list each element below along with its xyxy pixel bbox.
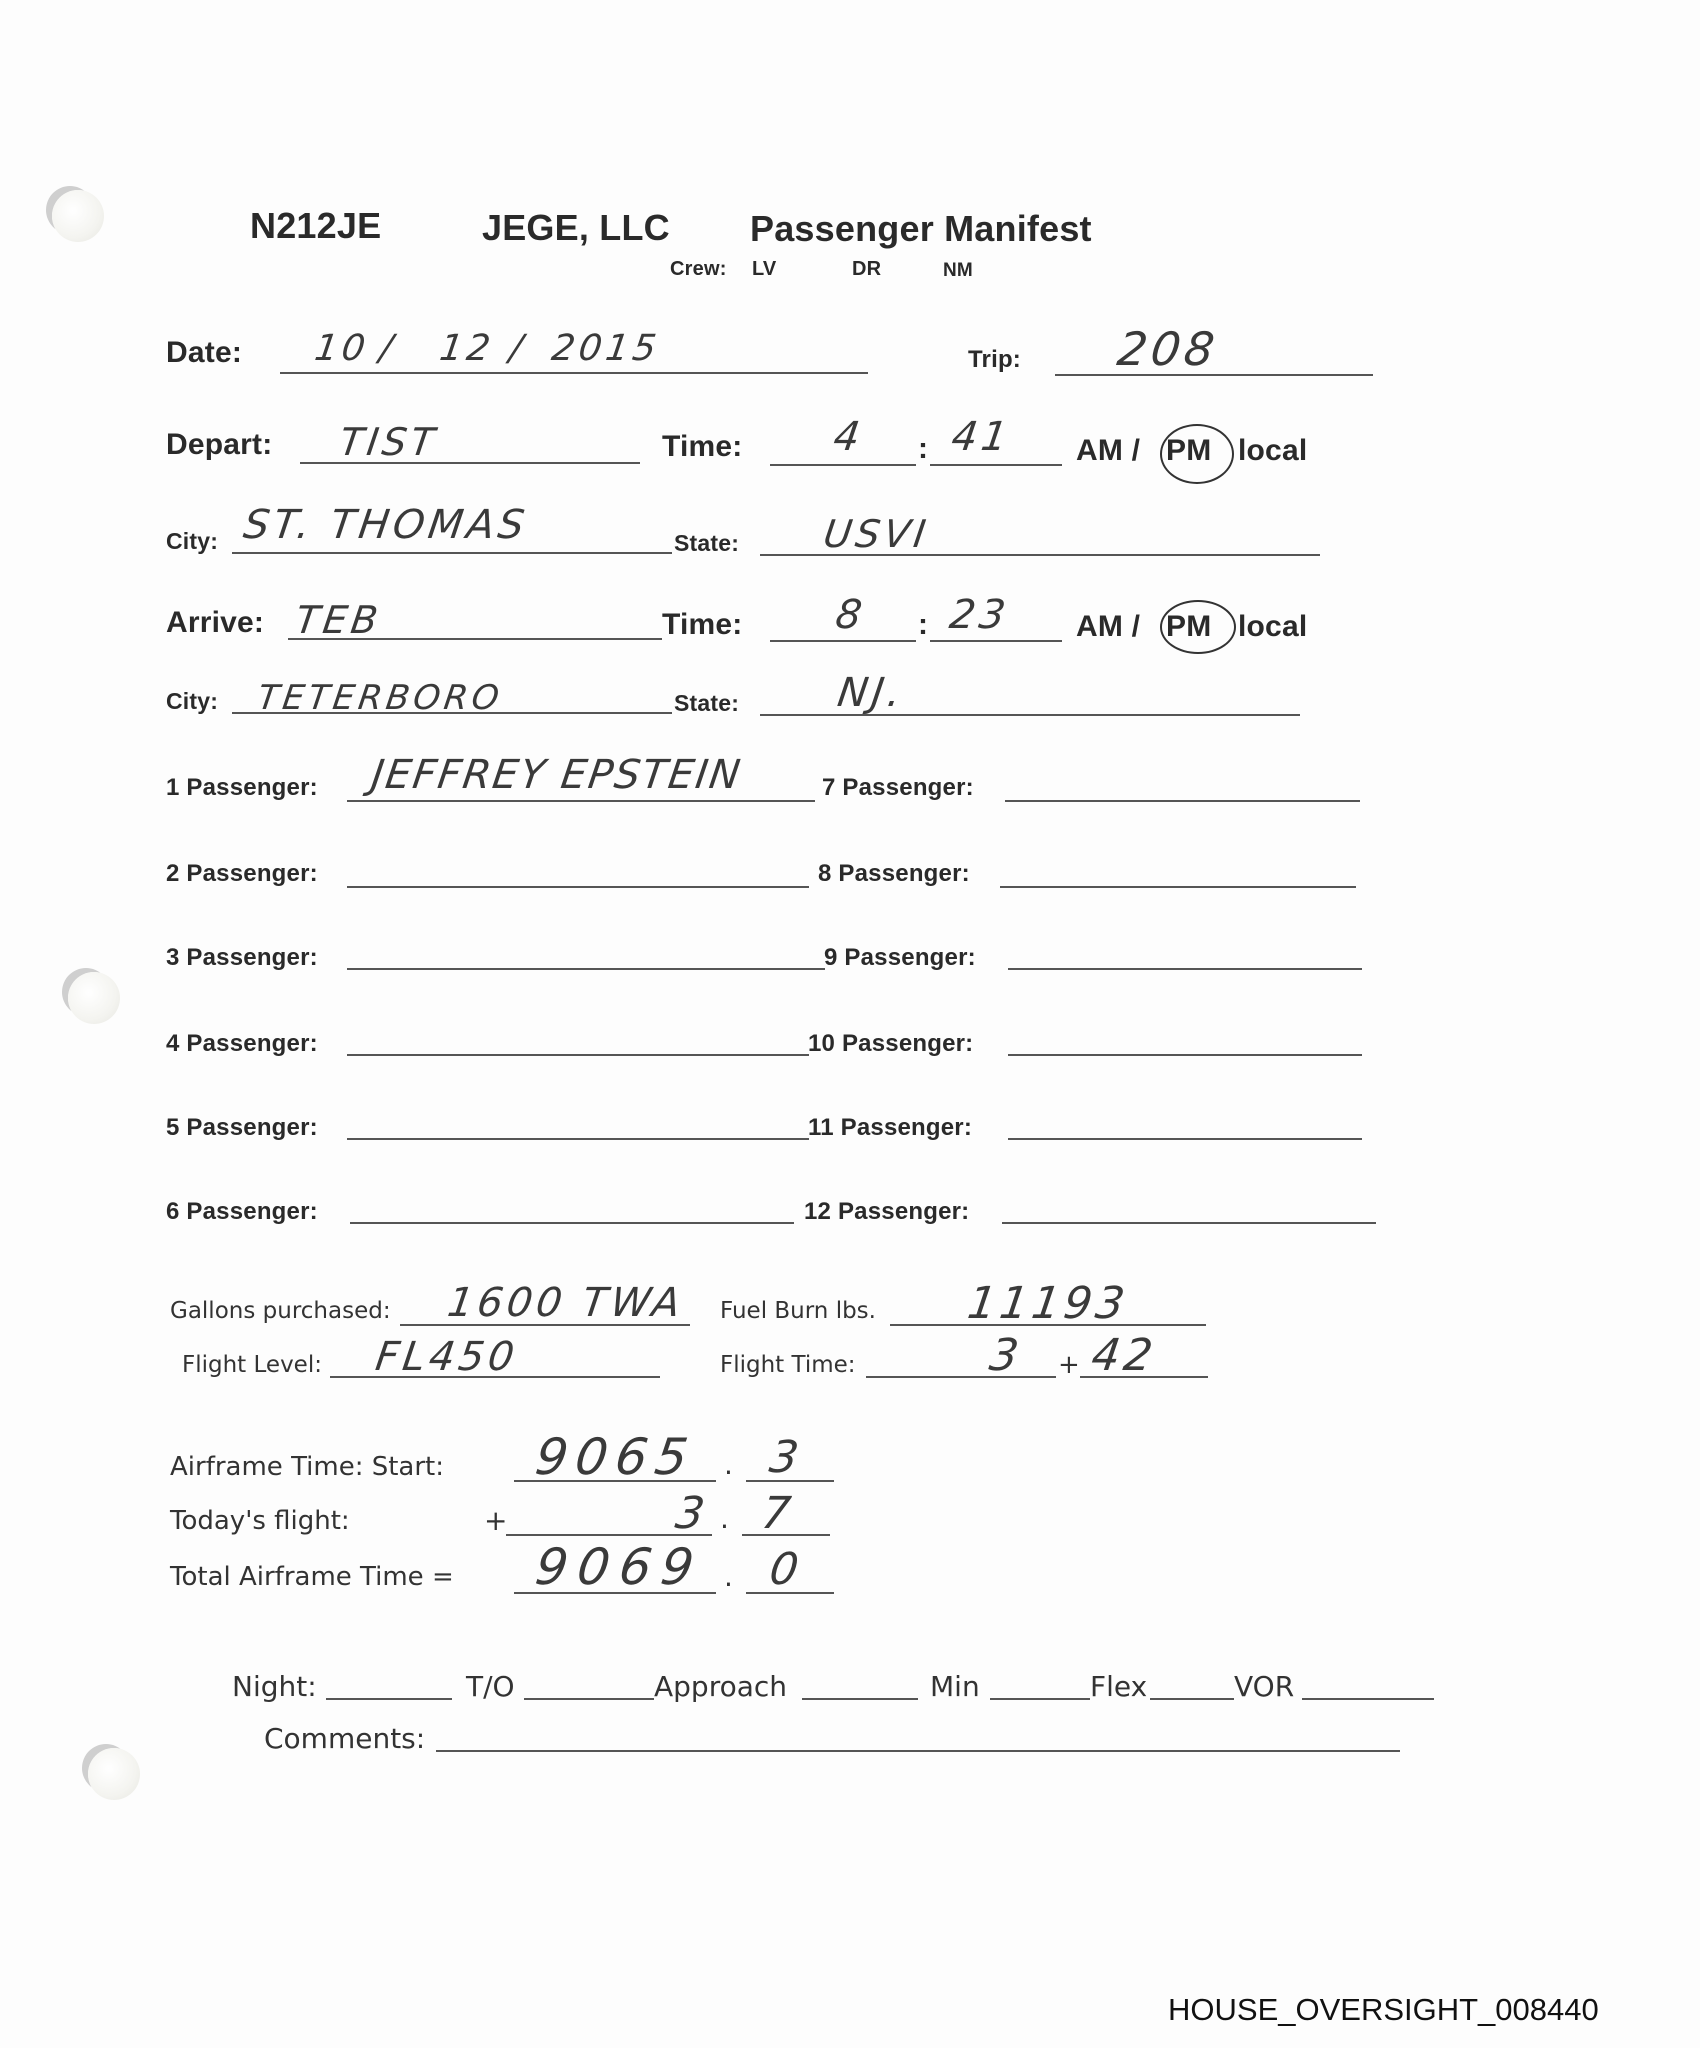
airframe-start-label: Airframe Time: Start: — [170, 1452, 444, 1482]
todays-flight-tenth[interactable]: 7 — [758, 1488, 797, 1539]
passenger-4-label: 4 Passenger: — [166, 1030, 318, 1058]
punch-hole-top — [52, 190, 104, 242]
passenger-3-label: 3 Passenger: — [166, 944, 318, 972]
depart-hour[interactable]: 4 — [831, 414, 867, 460]
passenger-8-label: 8 Passenger: — [818, 860, 970, 888]
depart-time-colon: : — [918, 432, 928, 466]
passenger-11-line[interactable] — [1008, 1138, 1362, 1140]
gallons-purchased-label: Gallons purchased: — [170, 1298, 391, 1324]
company-name: JEGE, LLC — [482, 207, 670, 249]
arrive-local-label: local — [1238, 610, 1307, 644]
airframe-start-tenth[interactable]: 3 — [766, 1432, 805, 1483]
crew-member-2: DR — [852, 258, 881, 281]
arrive-minute[interactable]: 23 — [947, 592, 1012, 638]
arrive-city-label: City: — [166, 688, 218, 715]
crew-label: Crew: — [670, 258, 727, 281]
todays-flight-whole[interactable]: 3 — [672, 1488, 711, 1539]
gallons-purchased-value[interactable]: 1600 TWA — [445, 1280, 687, 1326]
airframe-start-whole[interactable]: 9065 — [532, 1428, 699, 1486]
depart-city-label: City: — [166, 528, 218, 555]
flight-time-hours-underline — [866, 1376, 1056, 1378]
todays-flight-plus: + — [484, 1504, 507, 1537]
arrive-state-label: State: — [674, 690, 739, 717]
flight-level-value[interactable]: FL450 — [373, 1334, 521, 1380]
punch-hole-middle — [68, 972, 120, 1024]
comments-label: Comments: — [264, 1722, 425, 1755]
comments-field[interactable] — [436, 1750, 1400, 1752]
punch-hole-bottom — [88, 1748, 140, 1800]
passenger-11-label: 11 Passenger: — [808, 1114, 972, 1142]
approach-field[interactable] — [802, 1698, 918, 1700]
depart-label: Depart: — [166, 428, 272, 462]
bates-number: HOUSE_OVERSIGHT_008440 — [1168, 1992, 1599, 2028]
passenger-1-name[interactable]: JEFFREY EPSTEIN — [369, 752, 745, 798]
crew-member-3: NM — [943, 260, 973, 282]
passenger-12-line[interactable] — [1002, 1222, 1376, 1224]
flight-time-minutes[interactable]: 42 — [1088, 1330, 1159, 1381]
min-field[interactable] — [990, 1698, 1090, 1700]
trip-label: Trip: — [968, 346, 1021, 374]
todays-flight-dot: . — [720, 1502, 729, 1535]
arrive-hour-underline — [770, 640, 916, 642]
depart-time-label: Time: — [662, 430, 742, 464]
depart-airport[interactable]: TIST — [337, 420, 441, 464]
flight-time-hours[interactable]: 3 — [986, 1330, 1025, 1381]
passenger-6-line[interactable] — [350, 1222, 794, 1224]
passenger-12-label: 12 Passenger: — [804, 1198, 969, 1226]
depart-state[interactable]: USVI — [821, 512, 932, 556]
passenger-9-label: 9 Passenger: — [824, 944, 976, 972]
date-month[interactable]: 10 — [312, 328, 372, 369]
approach-label: Approach — [654, 1670, 787, 1703]
arrive-pm-circle — [1160, 600, 1236, 654]
date-label: Date: — [166, 336, 242, 370]
manifest-page: N212JE JEGE, LLC Passenger Manifest Crew… — [0, 0, 1700, 2048]
date-underline — [280, 372, 868, 374]
arrive-time-colon: : — [918, 608, 928, 642]
passenger-10-label: 10 Passenger: — [808, 1030, 973, 1058]
passenger-7-line[interactable] — [1005, 800, 1360, 802]
passenger-2-label: 2 Passenger: — [166, 860, 318, 888]
depart-local-label: local — [1238, 434, 1307, 468]
passenger-7-label: 7 Passenger: — [822, 774, 974, 802]
vor-label: VOR — [1234, 1670, 1294, 1703]
passenger-4-line[interactable] — [347, 1054, 809, 1056]
flex-field[interactable] — [1150, 1698, 1234, 1700]
night-label: Night: — [232, 1670, 317, 1703]
depart-city-underline — [232, 552, 672, 554]
takeoff-field[interactable] — [524, 1698, 654, 1700]
night-field[interactable] — [326, 1698, 452, 1700]
arrive-airport[interactable]: TEB — [293, 598, 384, 642]
passenger-9-line[interactable] — [1008, 968, 1362, 970]
depart-city[interactable]: ST. THOMAS — [241, 502, 531, 548]
arrive-minute-underline — [930, 640, 1062, 642]
takeoff-label: T/O — [466, 1670, 515, 1703]
arrive-state[interactable]: NJ. — [835, 670, 908, 716]
flight-time-label: Flight Time: — [720, 1352, 856, 1378]
form-title: Passenger Manifest — [750, 208, 1092, 250]
total-airframe-label: Total Airframe Time = — [170, 1562, 454, 1592]
arrive-time-label: Time: — [662, 608, 742, 642]
fuel-burn-label: Fuel Burn lbs. — [720, 1298, 876, 1324]
arrive-city[interactable]: TETERBORO — [255, 678, 505, 718]
airframe-start-dot: . — [724, 1448, 733, 1481]
todays-flight-label: Today's flight: — [170, 1506, 350, 1536]
passenger-2-line[interactable] — [347, 886, 809, 888]
date-year[interactable]: 2015 — [549, 328, 662, 369]
flex-label: Flex — [1090, 1670, 1147, 1703]
date-day[interactable]: 12 — [437, 328, 497, 369]
depart-minute-underline — [930, 464, 1062, 466]
passenger-6-label: 6 Passenger: — [166, 1198, 318, 1226]
crew-member-1: LV — [752, 258, 776, 281]
fuel-burn-value[interactable]: 11193 — [964, 1278, 1131, 1329]
flight-time-plus: + — [1058, 1350, 1080, 1380]
arrive-label: Arrive: — [166, 606, 264, 640]
depart-hour-underline — [770, 464, 916, 466]
passenger-5-label: 5 Passenger: — [166, 1114, 318, 1142]
arrive-am-option[interactable]: AM / — [1076, 610, 1140, 644]
total-airframe-whole[interactable]: 9069 — [532, 1538, 707, 1596]
depart-state-label: State: — [674, 530, 739, 557]
passenger-8-line[interactable] — [1000, 886, 1356, 888]
total-airframe-dot: . — [724, 1560, 733, 1593]
depart-minute[interactable]: 41 — [949, 414, 1014, 460]
depart-am-option[interactable]: AM / — [1076, 434, 1140, 468]
passenger-1-label: 1 Passenger: — [166, 774, 318, 802]
passenger-10-line[interactable] — [1008, 1054, 1362, 1056]
min-label: Min — [930, 1670, 980, 1703]
arrive-hour[interactable]: 8 — [833, 592, 869, 638]
total-airframe-tenth[interactable]: 0 — [766, 1544, 805, 1595]
tail-number: N212JE — [250, 205, 381, 247]
date-separator-2: / — [507, 328, 529, 369]
flight-level-label: Flight Level: — [182, 1352, 322, 1378]
vor-field[interactable] — [1302, 1698, 1434, 1700]
passenger-5-line[interactable] — [347, 1138, 809, 1140]
depart-pm-circle — [1160, 424, 1234, 484]
passenger-3-line[interactable] — [347, 968, 825, 970]
date-separator-1: / — [377, 328, 399, 369]
passenger-1-line — [347, 800, 815, 802]
trip-number[interactable]: 208 — [1114, 322, 1221, 376]
